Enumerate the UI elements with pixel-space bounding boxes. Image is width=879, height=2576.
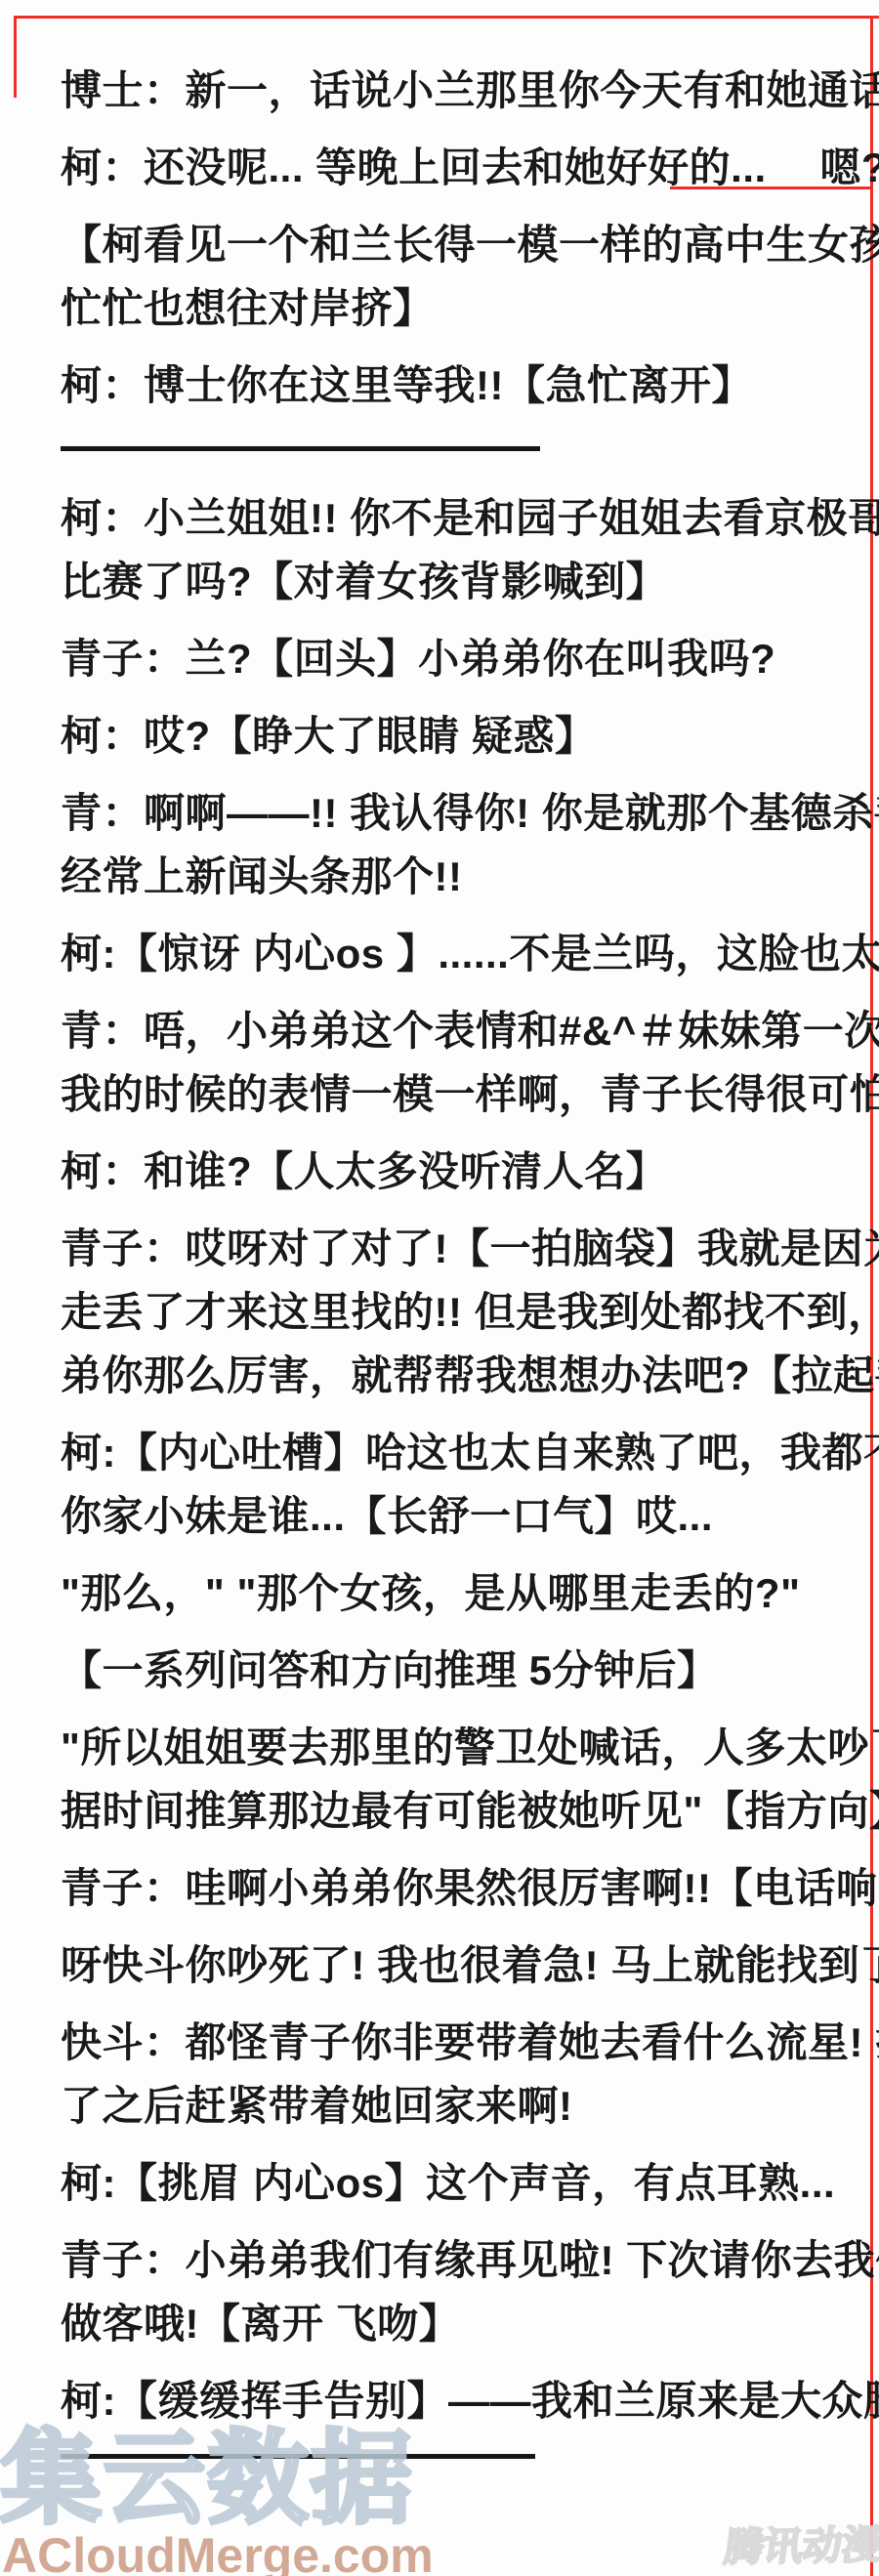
dialogue-paragraph: 柯:【内心吐槽】哈这也太自来熟了吧，我都不知道你家小妹是谁...【长舒一口气】哎…	[61, 1421, 824, 1548]
tencent-comics-logo: 腾讯动漫	[722, 2524, 879, 2570]
dialogue-paragraph: 青子：哇啊小弟弟你果然很厉害啊!!【电话响了】	[61, 1856, 824, 1920]
dialogue-paragraph: 柯：博士你在这里等我!!【急忙离开】	[61, 353, 824, 417]
dialogue-line: 【柯看见一个和兰长得一模一样的高中生女孩急急	[61, 213, 824, 276]
dialogue-line: 走丢了才来这里找的!! 但是我到处都找不到，小弟	[61, 1280, 824, 1344]
dialogue-line: 经常上新闻头条那个!!	[61, 845, 824, 908]
dialogue-line: 我的时候的表情一模一样啊，青子长得很可怕吗?	[61, 1062, 824, 1126]
dialogue-line: 呀快斗你吵死了! 我也很着急! 马上就能找到了!	[61, 1933, 824, 1997]
dialogue-paragraph: 博士：新一，话说小兰那里你今天有和她通话吗?	[61, 59, 824, 122]
dialogue-line: 柯:【惊讶 内心os 】......不是兰吗，这脸也太...	[61, 922, 824, 985]
dialogue-line: 青：啊啊——!! 我认得你! 你是就那个基德杀手!!	[61, 781, 824, 845]
dialogue-paragraph: 青子：哎呀对了对了!【一拍脑袋】我就是因为妹妹走丢了才来这里找的!! 但是我到处…	[61, 1217, 824, 1407]
watermark-acloudmerge: ACloudMerge.com	[2, 2527, 434, 2576]
dialogue-line: 博士：新一，话说小兰那里你今天有和她通话吗?	[61, 59, 824, 122]
dialogue-line: 比赛了吗?【对着女孩背影喊到】	[61, 550, 824, 613]
dialogue-line: 柯：哎?【睁大了眼睛 疑惑】	[61, 704, 824, 768]
dialogue-line: 柯：小兰姐姐!! 你不是和园子姐姐去看京极哥哥的	[61, 486, 824, 550]
dialogue-line: 柯：还没呢... 等晚上回去和她好好的... 嗯?	[61, 136, 824, 199]
dialogue-line: 青子：哎呀对了对了!【一拍脑袋】我就是因为妹妹	[61, 1217, 824, 1280]
dialogue-paragraph: 柯：小兰姐姐!! 你不是和园子姐姐去看京极哥哥的比赛了吗?【对着女孩背影喊到】	[61, 486, 824, 613]
dialogue-paragraph: 青子：兰?【回头】小弟弟你在叫我吗?	[61, 627, 824, 690]
dialogue-line: 弟你那么厉害，就帮帮我想想办法吧?【拉起手】	[61, 1344, 824, 1407]
dialogue-paragraph: 【一系列问答和方向推理 5分钟后】	[61, 1639, 824, 1702]
dialogue-paragraph: 柯：哎?【睁大了眼睛 疑惑】	[61, 704, 824, 768]
dialogue-line: "那么，" "那个女孩，是从哪里走丢的?"	[61, 1561, 824, 1625]
dialogue-script-content: 博士：新一，话说小兰那里你今天有和她通话吗?柯：还没呢... 等晚上回去和她好好…	[0, 0, 879, 2459]
dialogue-paragraph: "那么，" "那个女孩，是从哪里走丢的?"	[61, 1561, 824, 1625]
dialogue-paragraph: 柯:【惊讶 内心os 】......不是兰吗，这脸也太...	[61, 922, 824, 985]
dialogue-paragraph: 柯:【挑眉 内心os】这个声音，有点耳熟...	[61, 2151, 824, 2215]
dialogue-line: 了之后赶紧带着她回家来啊!	[61, 2074, 824, 2138]
dialogue-paragraph: 呀快斗你吵死了! 我也很着急! 马上就能找到了!	[61, 1933, 824, 1997]
dialogue-paragraph: 柯：和谁?【人太多没听清人名】	[61, 1140, 824, 1203]
dialogue-paragraph: 青子：小弟弟我们有缘再见啦! 下次请你去我们家做客哦!【离开 飞吻】	[61, 2228, 824, 2355]
dialogue-line: 柯：博士你在这里等我!!【急忙离开】	[61, 353, 824, 417]
dialogue-line: 据时间推算那边最有可能被她听见"【指方向】	[61, 1779, 824, 1843]
watermark-jiyun-shuju: 集云数据	[0, 2424, 430, 2535]
dialogue-paragraph: 青：唔，小弟弟这个表情和#&^＃妹妹第一次见到我的时候的表情一模一样啊，青子长得…	[61, 999, 824, 1126]
dialogue-line: 青子：小弟弟我们有缘再见啦! 下次请你去我们家	[61, 2228, 824, 2292]
dialogue-line: 做客哦!【离开 飞吻】	[61, 2292, 824, 2355]
dialogue-line: 快斗：都怪青子你非要带着她去看什么流星! 找到	[61, 2011, 824, 2074]
section-divider	[61, 446, 540, 451]
dialogue-line: 你家小妹是谁...【长舒一口气】哎...	[61, 1484, 824, 1548]
dialogue-paragraph: 青：啊啊——!! 我认得你! 你是就那个基德杀手!!经常上新闻头条那个!!	[61, 781, 824, 908]
dialogue-paragraph: 【柯看见一个和兰长得一模一样的高中生女孩急急忙忙也想往对岸挤】	[61, 213, 824, 340]
dialogue-line: 【一系列问答和方向推理 5分钟后】	[61, 1639, 824, 1702]
dialogue-paragraph: 快斗：都怪青子你非要带着她去看什么流星! 找到了之后赶紧带着她回家来啊!	[61, 2011, 824, 2138]
dialogue-paragraph: 柯：还没呢... 等晚上回去和她好好的... 嗯?	[61, 136, 824, 199]
dialogue-line: 柯：和谁?【人太多没听清人名】	[61, 1140, 824, 1203]
dialogue-line: 柯:【内心吐槽】哈这也太自来熟了吧，我都不知道	[61, 1421, 824, 1484]
dialogue-line: 忙忙也想往对岸挤】	[61, 276, 824, 340]
dialogue-line: "所以姐姐要去那里的警卫处喊话，人多太吵了，根	[61, 1716, 824, 1779]
dialogue-line: 柯:【挑眉 内心os】这个声音，有点耳熟...	[61, 2151, 824, 2215]
dialogue-line: 青子：兰?【回头】小弟弟你在叫我吗?	[61, 627, 824, 690]
dialogue-line: 青：唔，小弟弟这个表情和#&^＃妹妹第一次见到	[61, 999, 824, 1062]
dialogue-line: 青子：哇啊小弟弟你果然很厉害啊!!【电话响了】	[61, 1856, 824, 1920]
dialogue-paragraph: "所以姐姐要去那里的警卫处喊话，人多太吵了，根据时间推算那边最有可能被她听见"【…	[61, 1716, 824, 1843]
